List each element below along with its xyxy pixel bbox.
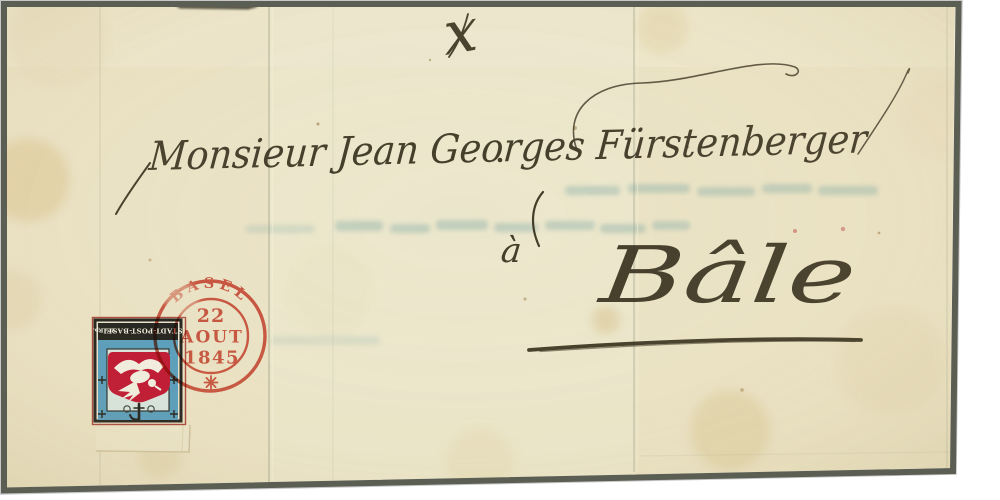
cover-photo: x Monsieur Jean Georges Fürstenberger à (0, 0, 1000, 500)
paper-vignette (7, 7, 955, 488)
